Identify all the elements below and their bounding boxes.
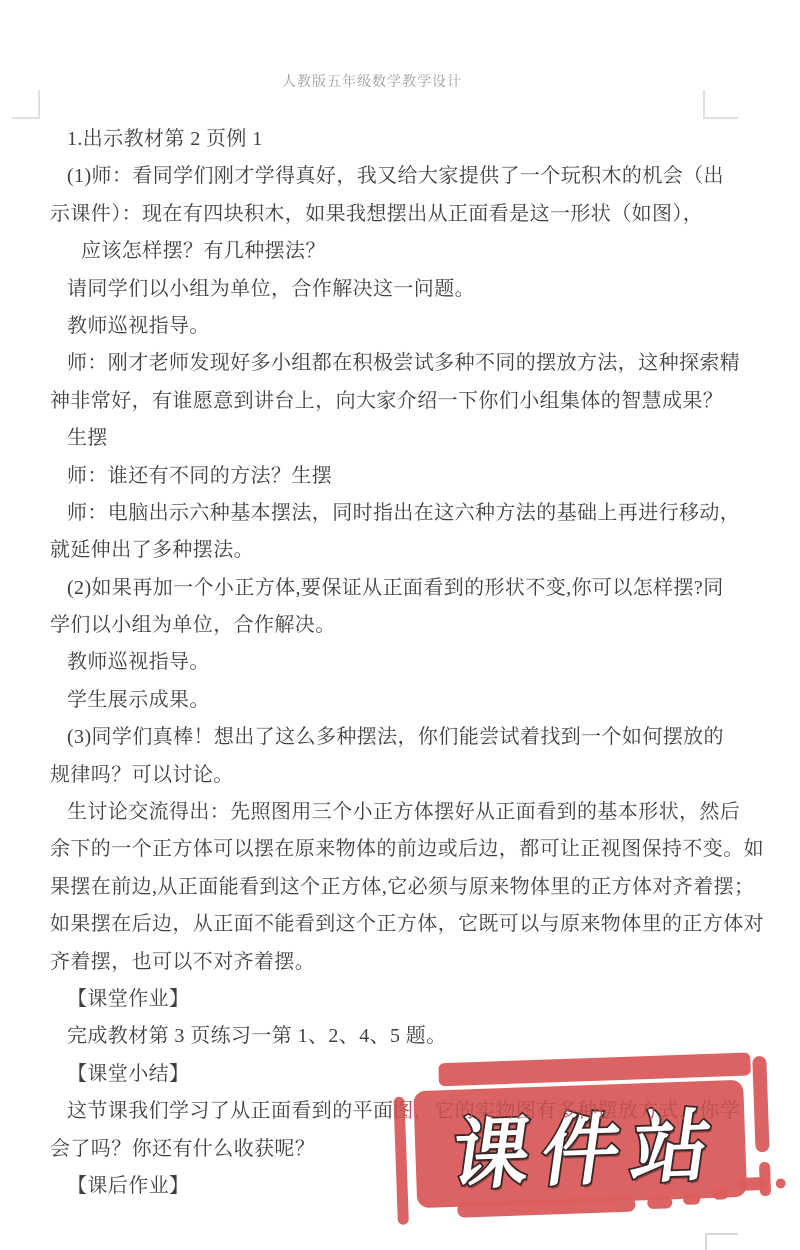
doc-line-text: 规律吗？可以讨论。 [50, 764, 234, 786]
doc-line-text: 会了吗？你还有什么收获呢？ [50, 1138, 315, 1160]
doc-line: 教师巡视指导。 [50, 308, 756, 345]
page-corner-mark-top-left [12, 90, 40, 119]
doc-line-text: (2)如果再加一个小正方体,要保证从正面看到的形状不变,你可以怎样摆?同 [67, 577, 724, 599]
doc-line-text: 师：谁还有不同的方法？生摆 [67, 465, 332, 487]
doc-line: 学生展示成果。 [50, 682, 756, 719]
doc-line-text: 完成教材第 3 页练习一第 1、2、4、5 题。 [67, 1025, 447, 1047]
kejianzhan-stamp-watermark: 课件站 [390, 1045, 796, 1231]
doc-line: 学们以小组为单位，合作解决。 [50, 607, 756, 644]
doc-line-text: 如果摆在后边，从正面不能看到这个正方体，它既可以与原来物体里的正方体对 [50, 913, 764, 935]
doc-line: 请同学们以小组为单位，合作解决这一问题。 [50, 271, 756, 308]
page-corner-mark-bottom-right [705, 1233, 738, 1250]
doc-line-text: 【课堂作业】 [67, 988, 189, 1010]
doc-line: 应该怎样摆？有几种摆法？ [50, 233, 756, 270]
doc-line: 神非常好，有谁愿意到讲台上，向大家介绍一下你们小组集体的智慧成果？ [50, 383, 756, 420]
doc-line-text: 教师巡视指导。 [67, 651, 210, 673]
doc-line: 如果摆在后边，从正面不能看到这个正方体，它既可以与原来物体里的正方体对 [50, 906, 756, 943]
doc-line: 生讨论交流得出：先照图用三个小正方体摆好从正面看到的基本形状，然后 [50, 794, 756, 831]
doc-line-text: 示课件）：现在有四块积木，如果我想摆出从正面看是这一形状（如图）， [50, 203, 703, 225]
doc-line: 就延伸出了多种摆法。 [50, 532, 756, 569]
doc-line-text: 生讨论交流得出：先照图用三个小正方体摆好从正面看到的基本形状，然后 [67, 801, 740, 823]
doc-line: 1.出示教材第 2 页例 1 [50, 121, 756, 158]
doc-line-text: 就延伸出了多种摆法。 [50, 539, 254, 561]
stamp-text: 课件站 [407, 1079, 761, 1208]
page-corner-mark-top-right [703, 90, 738, 119]
doc-line: 规律吗？可以讨论。 [50, 757, 756, 794]
doc-line: 齐着摆，也可以不对齐着摆。 [50, 944, 756, 981]
doc-line-text: 请同学们以小组为单位，合作解决这一问题。 [67, 278, 475, 300]
doc-line: (3)同学们真棒！想出了这么多种摆法，你们能尝试着找到一个如何摆放的 [50, 719, 756, 756]
doc-line: 教师巡视指导。 [50, 644, 756, 681]
page-header-title: 人教版五年级数学教学设计 [0, 71, 744, 91]
doc-line-text: 【课堂小结】 [67, 1063, 189, 1085]
doc-line: 师：谁还有不同的方法？生摆 [50, 458, 756, 495]
document-body: 1.出示教材第 2 页例 1(1)师：看同学们刚才学得真好，我又给大家提供了一个… [50, 121, 756, 1205]
doc-line: 【课堂作业】 [50, 981, 756, 1018]
doc-line-text: (1)师：看同学们刚才学得真好，我又给大家提供了一个玩积木的机会（出 [67, 165, 724, 187]
doc-line-text: 师：电脑出示六种基本摆法，同时指出在这六种方法的基础上再进行移动， [67, 502, 740, 524]
doc-line-text: 这节课我们学习了从正面看到的平面 [67, 1100, 393, 1122]
doc-line-text: 齐着摆，也可以不对齐着摆。 [50, 951, 315, 973]
doc-line-text: 生摆 [67, 427, 108, 449]
doc-line: 果摆在前边,从正面能看到这个正方体,它必须与原来物体里的正方体对齐着摆； [50, 869, 756, 906]
doc-line-text: (3)同学们真棒！想出了这么多种摆法，你们能尝试着找到一个如何摆放的 [67, 726, 724, 748]
doc-line-text: 学生展示成果。 [67, 689, 210, 711]
stamp-overlap-text: 图，它的实物图有多种摆放方式，你学 [393, 1100, 740, 1122]
doc-line-text: 应该怎样摆？有几种摆法？ [81, 240, 326, 262]
doc-line: 生摆 [50, 420, 756, 457]
doc-line: 师：刚才老师发现好多小组都在积极尝试多种不同的摆放方法，这种探索精 [50, 345, 756, 382]
doc-line-text: 【课后作业】 [67, 1175, 189, 1197]
doc-line-text: 神非常好，有谁愿意到讲台上，向大家介绍一下你们小组集体的智慧成果？ [50, 390, 723, 412]
doc-line-text: 1.出示教材第 2 页例 1 [67, 128, 263, 150]
stamp-border-bottom-dot [776, 1178, 786, 1188]
doc-line-text: 师：刚才老师发现好多小组都在积极尝试多种不同的摆放方法，这种探索精 [67, 352, 740, 374]
doc-line-text: 余下的一个正方体可以摆在原来物体的前边或后边，都可让正视图保持不变。如 [50, 838, 764, 860]
doc-line-text: 学们以小组为单位，合作解决。 [50, 614, 336, 636]
doc-line: (2)如果再加一个小正方体,要保证从正面看到的形状不变,你可以怎样摆?同 [50, 570, 756, 607]
doc-line: 师：电脑出示六种基本摆法，同时指出在这六种方法的基础上再进行移动， [50, 495, 756, 532]
doc-line: 余下的一个正方体可以摆在原来物体的前边或后边，都可让正视图保持不变。如 [50, 831, 756, 868]
doc-line-text: 教师巡视指导。 [67, 315, 210, 337]
doc-line-text: 果摆在前边,从正面能看到这个正方体,它必须与原来物体里的正方体对齐着摆； [50, 876, 754, 898]
doc-line: 示课件）：现在有四块积木，如果我想摆出从正面看是这一形状（如图）， [50, 196, 756, 233]
doc-line: (1)师：看同学们刚才学得真好，我又给大家提供了一个玩积木的机会（出 [50, 158, 756, 195]
